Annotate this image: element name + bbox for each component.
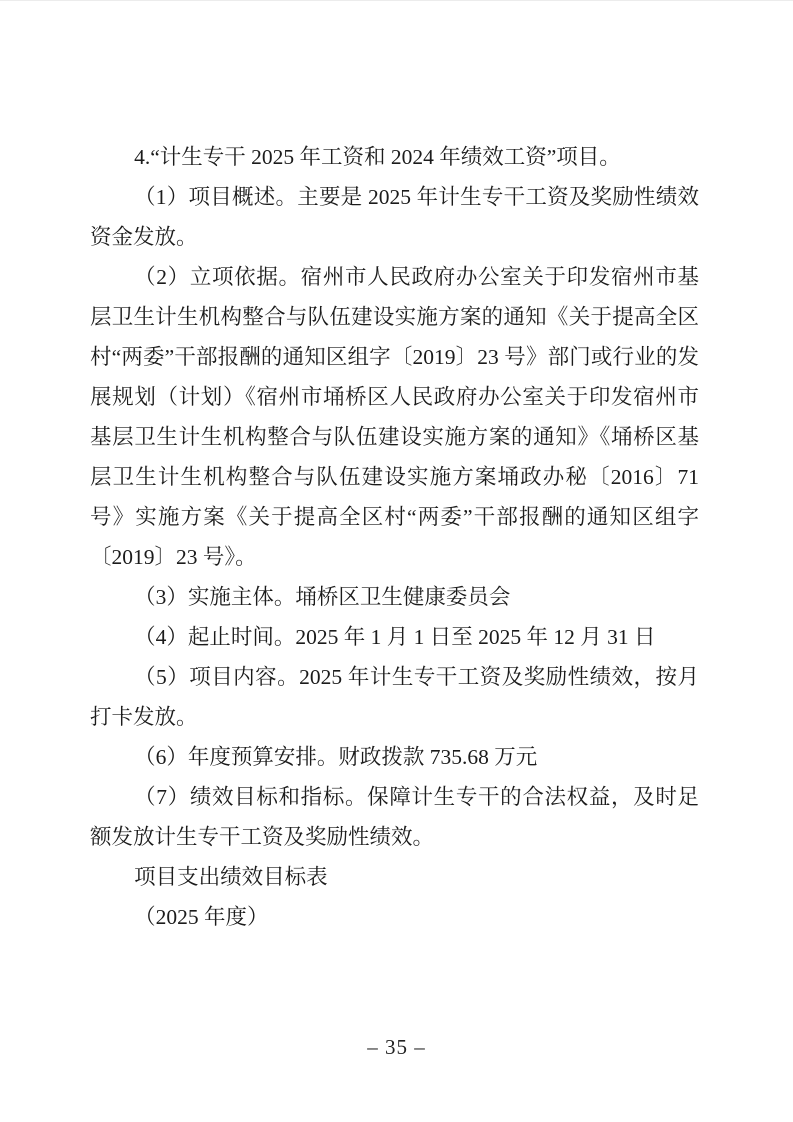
paragraph-4-start-end-time: （4）起止时间。2025 年 1 月 1 日至 2025 年 12 月 31 日 — [90, 617, 699, 657]
document-page: 4.“计生专干 2025 年工资和 2024 年绩效工资”项目。 （1）项目概述… — [0, 0, 793, 1122]
paragraph-7-performance-targets: （7）绩效目标和指标。保障计生专干的合法权益，及时足额发放计生专干工资及奖励性绩… — [90, 777, 699, 857]
paragraph-target-table-year: （2025 年度） — [90, 897, 699, 937]
document-body: 4.“计生专干 2025 年工资和 2024 年绩效工资”项目。 （1）项目概述… — [90, 137, 699, 937]
page-footer: – 35 – — [0, 1034, 793, 1060]
paragraph-6-annual-budget: （6）年度预算安排。财政拨款 735.68 万元 — [90, 737, 699, 777]
paragraph-5-project-content: （5）项目内容。2025 年计生专干工资及奖励性绩效，按月打卡发放。 — [90, 657, 699, 737]
paragraph-project-4-title: 4.“计生专干 2025 年工资和 2024 年绩效工资”项目。 — [90, 137, 699, 177]
paragraph-1-project-overview: （1）项目概述。主要是 2025 年计生专干工资及奖励性绩效资金发放。 — [90, 177, 699, 257]
page-number: – 35 – — [367, 1035, 426, 1059]
paragraph-target-table-title: 项目支出绩效目标表 — [90, 857, 699, 897]
paragraph-3-implementing-body: （3）实施主体。埇桥区卫生健康委员会 — [90, 577, 699, 617]
paragraph-2-project-basis: （2）立项依据。宿州市人民政府办公室关于印发宿州市基层卫生计生机构整合与队伍建设… — [90, 257, 699, 577]
